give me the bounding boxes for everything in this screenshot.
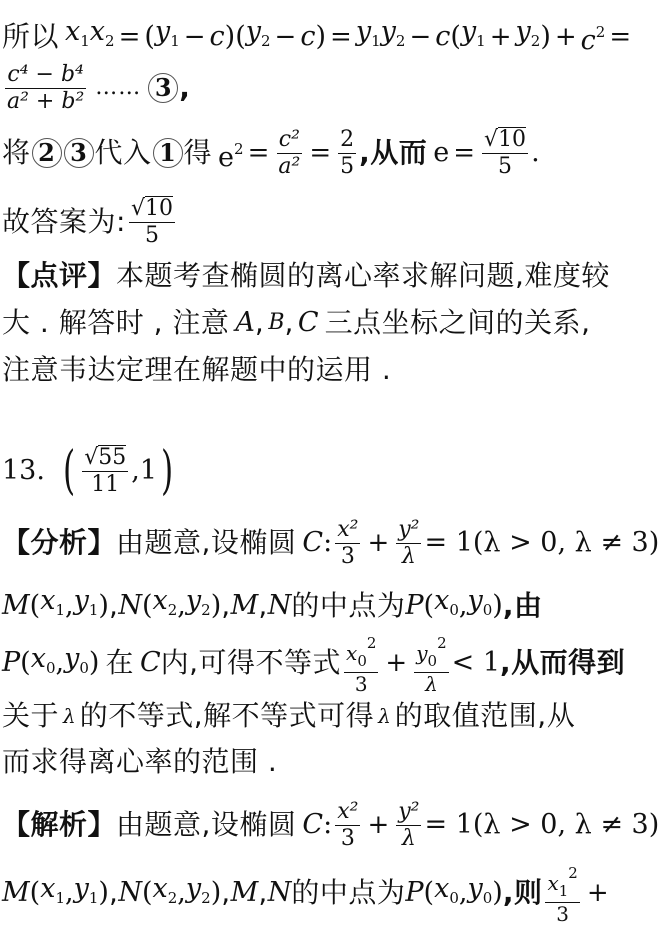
analysis-line-2: M(x1,y1), N(x2,y2), M,N 的中点为 P(x0,y0) ,由 [2,583,542,628]
solution-line-1: 【解析】由题意,设椭圆 C: x²3 + y²λ = 1(λ > 0, λ ≠ … [2,794,662,856]
equation-line-3: 将 2 3 代入 1 得 e2= c² a² = 2 5 ,从而 e= √10 … [2,122,540,184]
solution-tag: 【解析】 [2,807,116,843]
review-tag: 【点评】 [2,258,116,294]
review-line-2: 大 . 解答时 , 注意 A, B, C 三点坐标之间的关系, [2,305,590,341]
fraction-2-5: 2 5 [338,127,356,180]
fraction-c2-a2: c² a² [276,127,302,180]
review-line-3: 注意韦达定理在解题中的运用 . [2,352,391,388]
question-number: 13. [2,453,45,489]
circled-number-1: 1 [153,138,183,168]
fraction-sqrt55-11: √55 11 [82,445,128,498]
answer-label: 故答案为: [2,204,126,240]
circled-number-3: 3 [64,138,94,168]
circled-number-3: 3 [148,73,178,103]
fraction-x2-3: x²3 [335,517,360,570]
fraction-c4-b4: c⁴ − b⁴ a² + b² [5,62,86,115]
equation-line-2: c⁴ − b⁴ a² + b² …… 3 , [2,60,190,116]
circled-number-2: 2 [32,138,62,168]
equation-line-1: 所以 x1x2 =(y1−c)(y2−c) =y1y2−c(y1+y2)+c2= [2,14,635,59]
analysis-line-3: P(x0,y0) 在 C 内,可得不等式 x023 + y02λ < 1 ,从而… [2,632,625,694]
fraction-y2-lambda: y²λ [396,517,421,570]
fraction-sqrt10-5: √10 5 [482,127,528,180]
answer-fraction: √10 5 [129,196,175,249]
analysis-tag: 【分析】 [2,525,116,561]
question-13-answer: 13. ( √55 11 ,1 ) [2,438,177,504]
analysis-line-5: 而求得离心率的范围 . [2,744,277,780]
math-x1x2: x1x2 [65,14,115,59]
ellipsis: …… [95,70,141,106]
analysis-line-1: 【分析】由题意,设椭圆 C: x²3 + y²λ = 1(λ > 0, λ ≠ … [2,512,662,574]
answer-line: 故答案为: √10 5 [2,192,178,252]
solution-line-2: M(x1,y1), N(x2,y2), M,N 的中点为 P(x0,y0) ,则… [2,862,613,924]
review-line-1: 【点评】本题考查椭圆的离心率求解问题,难度较 [2,258,610,294]
analysis-line-4: 关于 λ 的不等式,解不等式可得 λ 的取值范围,从 [2,698,575,734]
text-suoyi: 所以 [2,19,59,55]
